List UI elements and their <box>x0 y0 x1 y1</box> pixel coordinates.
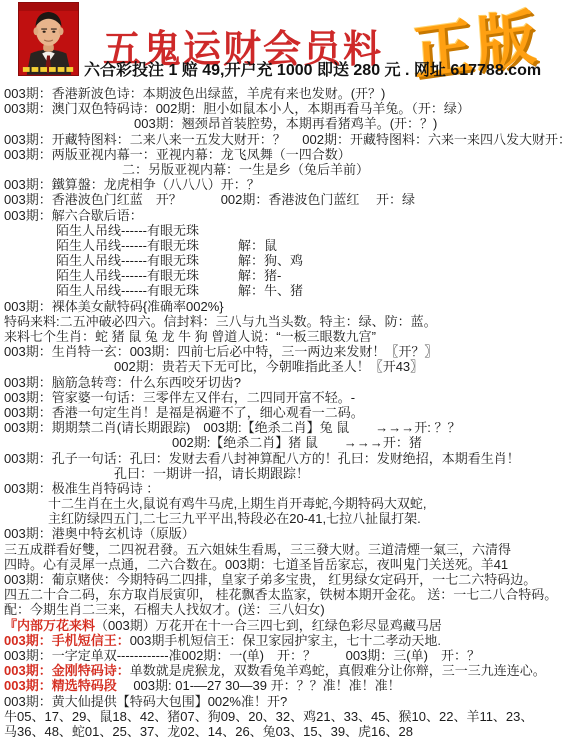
content-line: 来料七个生肖：蛇 猪 鼠 兔 龙 牛 狗 曾道人说：“一板三眼数九宫” <box>4 329 581 344</box>
content-line: 003期：极准生肖特码诗 ： <box>4 481 581 496</box>
content-line: 003期：开藏特图料：二来八来一五发大财开：？ 002期：开藏特图料：六来一来四… <box>4 132 581 147</box>
body-text: 003期：葡京赌侠：今期特码二四排，皇家子弟多宝贵， 红男绿女定码开，一七二六特… <box>4 572 536 587</box>
portrait-photo <box>18 2 79 76</box>
content-line: 003期：手机短信王：003期手机短信王：保卫家园护家主，七十二孝动天地. <box>4 633 581 648</box>
body-text: 陌生人吊线------有眼无珠 解：猪- <box>56 268 281 283</box>
content-line: 003期：金刚特码诗：单数就是虎猴龙，双数看兔羊鸡蛇，真假难分让你辩，三一三九连… <box>4 663 581 678</box>
body-text: 003期：香港一句定生肖！是福是祸避不了，细心观看一二码。 <box>4 405 364 420</box>
body-text: 马36、48、蛇01、25、37、龙02、14、26、兔03、15、39、虎16… <box>4 724 413 739</box>
content-line: 陌生人吊线------有眼无珠 解：牛、猪 <box>4 283 581 298</box>
content-line: 四時。心有灵犀一点通，二六合数在。003期：七道圣旨岳家忘，夜叫鬼门关送死。羊4… <box>4 557 581 572</box>
flyer-page: { "header": { "title": "五鬼运财会员料", "stamp… <box>0 0 581 744</box>
highlight-text: 『内部万花来料 <box>4 618 95 633</box>
content-line: 『内部万花来料（003期）万花开在十一合三四七到，红绿色彩尽显鸡藏马居 <box>4 618 581 633</box>
body-text: 牛05、17、29、鼠18、42、猪07、狗09、20、32、鸡21、33、45… <box>4 709 533 724</box>
body-text: 三五成群看好雙，二四祝君發。五六姐妹生看馬，三三發大财。三道清煙一氣三，六清得 <box>4 542 511 557</box>
highlight-text: 003期：精选特码段 <box>4 678 117 693</box>
body-text: 四時。心有灵犀一点通，二六合数在。003期：七道圣旨岳家忘，夜叫鬼门关送死。羊4… <box>4 557 508 572</box>
content-line: 四五二十合二码，东方取肖辰寅卯， 桂花飘香太监家，铁树本期开金花。 送：一七二八… <box>4 587 581 602</box>
content-line: 003期：澳门双色特码诗：002期：胆小如鼠本小人，本期再看马羊兔。（开：绿） <box>4 101 581 116</box>
body-text: 二：另版亚视内幕：一生是乡（兔后羊前） <box>122 162 369 177</box>
body-text: 003期：开藏特图料：二来八来一五发大财开：？ 002期：开藏特图料：六来一来四… <box>4 132 571 147</box>
body-text: 003期手机短信王：保卫家园护家主，七十二孝动天地. <box>130 633 441 648</box>
content-line: 陌生人吊线------有眼无珠 解：鼠 <box>4 238 581 253</box>
body-text: 003期：一字定单双------------准002期：一(单) 开：？ 003… <box>4 648 480 663</box>
content-line: 003期：解六合歇后语： <box>4 208 581 223</box>
content-line: 003期：港奥中特玄机诗（原版） <box>4 526 581 541</box>
body-text: 003期：两版亚视内幕一：亚视内幕：龙飞凤舞（一四合数） <box>4 147 351 162</box>
body-text: 003期：极准生肖特码诗 ： <box>4 481 159 496</box>
content-line: 003期：裸体美女献特码{准确率002%} <box>4 299 581 314</box>
content-line: 002期:【绝杀二肖】猪 鼠 →→→开：猪 <box>4 435 581 450</box>
content-line: 配：今期生肖二三来，石榴夫人找奴才。(送：三八妇女) <box>4 602 581 617</box>
content-line: 二：另版亚视内幕：一生是乡（兔后羊前） <box>4 162 581 177</box>
body-text: 003期：鐵算盤：龙虎相争（八八八）开：？ <box>4 177 260 192</box>
content-line: 三五成群看好雙，二四祝君發。五六姐妹生看馬，三三發大财。三道清煙一氣三，六清得 <box>4 542 581 557</box>
content-line: 003期：孔子一句话：孔曰：发财去看八封神算配八方的！孔曰：发财绝招，本期看生肖… <box>4 451 581 466</box>
body-text: 陌生人吊线------有眼无珠 解：牛、猪 <box>56 283 303 298</box>
body-text: 陌生人吊线------有眼无珠 解：狗、鸡 <box>56 253 303 268</box>
body-text: 十二生肖在土火,鼠说有鸡牛马虎,上期生肖开毒蛇,今期特码大双蛇, <box>48 496 426 511</box>
content-line: 牛05、17、29、鼠18、42、猪07、狗09、20、32、鸡21、33、45… <box>4 709 581 724</box>
body-text: 003期：生肖特一玄：003期：四前七后必中特，三一两边来发财！〖开？〗 <box>4 344 437 359</box>
content-line: 003期：管家婆一句话：三零伴左又伴右，二四同开富不轻。- <box>4 390 581 405</box>
body-text: 003期：香港新波色诗：本期波色出绿蓝，羊虎有来也发财。(开？) <box>4 86 385 101</box>
content-line: 003期：葡京赌侠：今期特码二四排，皇家子弟多宝贵， 红男绿女定码开，一七二六特… <box>4 572 581 587</box>
content-line: 003期：香港波色门红蓝 开？ 002期：香港波色门蓝红 开：绿 <box>4 192 581 207</box>
content-line: 陌生人吊线------有眼无珠 解：猪- <box>4 268 581 283</box>
body-text: 003期：黄大仙提供【特码大包围】002%准！开? <box>4 694 287 709</box>
highlight-text: 003期：手机短信王： <box>4 633 130 648</box>
content-line: 陌生人吊线------有眼无珠 <box>4 223 581 238</box>
body-text: 003期：管家婆一句话：三零伴左又伴右，二四同开富不轻。- <box>4 390 355 405</box>
body-text: 配：今期生肖二三来，石榴夫人找奴才。(送：三八妇女) <box>4 602 325 617</box>
body-text: 003期：香港波色门红蓝 开？ 002期：香港波色门蓝红 开：绿 <box>4 192 415 207</box>
body-text: 陌生人吊线------有眼无珠 <box>56 223 199 238</box>
body-text: 主红防绿四五门,二七三九平平出,特段必在20-41,七拉八扯鼠打架. <box>48 511 421 526</box>
body-text: 003期：澳门双色特码诗：002期：胆小如鼠本小人，本期再看马羊兔。（开：绿） <box>4 101 470 116</box>
content-line: 马36、48、蛇01、25、37、龙02、14、26、兔03、15、39、虎16… <box>4 724 581 739</box>
body-text: 003期：解六合歇后语： <box>4 208 143 223</box>
content-line: 003期：精选特码段 003期: 01-—27 30—39 开：？？准！准！准！ <box>4 678 581 693</box>
content-line: 003期：鐵算盤：龙虎相争（八八八）开：？ <box>4 177 581 192</box>
body-text: 003期：港奥中特玄机诗（原版） <box>4 526 195 541</box>
highlight-text: 003期：金刚特码诗： <box>4 663 130 678</box>
content-line: 003期：两版亚视内幕一：亚视内幕：龙飞凤舞（一四合数） <box>4 147 581 162</box>
body-text: 陌生人吊线------有眼无珠 解：鼠 <box>56 238 277 253</box>
body-text: 003期：孔子一句话：孔曰：发财去看八封神算配八方的！孔曰：发财绝招，本期看生肖… <box>4 451 520 466</box>
content-line: 十二生肖在土火,鼠说有鸡牛马虎,上期生肖开毒蛇,今期特码大双蛇, <box>4 496 581 511</box>
body-text: 002期:【绝杀二肖】猪 鼠 →→→开：猪 <box>172 435 422 450</box>
content-lines: 003期：香港新波色诗：本期波色出绿蓝，羊虎有来也发财。(开？)003期：澳门双… <box>4 86 581 739</box>
body-text: （003期）万花开在十一合三四七到，红绿色彩尽显鸡藏马居 <box>95 618 442 633</box>
content-line: 003期：脑筋急转弯：什么东西咬牙切齿? <box>4 375 581 390</box>
content-line: 特码来料:二五冲破必四六。信封料：三八与九当头数。特主：绿、防：蓝。 <box>4 314 581 329</box>
content-line: 003期：香港一句定生肖！是福是祸避不了，细心观看一二码。 <box>4 405 581 420</box>
body-text: 003期：脑筋急转弯：什么东西咬牙切齿? <box>4 375 241 390</box>
body-text: 003期：期期禁二肖(请长期跟踪) 003期:【绝杀二肖】兔 鼠 →→→开: ？… <box>4 420 461 435</box>
content-line: 003期：黄大仙提供【特码大包围】002%准！开? <box>4 694 581 709</box>
content-line: 003期：香港新波色诗：本期波色出绿蓝，羊虎有来也发财。(开？) <box>4 86 581 101</box>
body-text: 孔曰：一期讲一招，请长期跟踪！ <box>114 466 309 481</box>
content-line: 002期：贵若天下无可比，今朝唯指此圣人！〖开43〗 <box>4 359 581 374</box>
content-line: 003期：一字定单双------------准002期：一(单) 开：？ 003… <box>4 648 581 663</box>
body-text: 特码来料:二五冲破必四六。信封料：三八与九当头数。特主：绿、防：蓝。 <box>4 314 437 329</box>
betting-ad-line: 六合彩投注 1 赔 49,开户充 1000 即送 280 元 . 网址 6177… <box>84 57 579 80</box>
flyer: 五鬼运财会员料 正版 六合彩投注 1 赔 49,开户充 1000 即送 280 … <box>0 0 581 744</box>
content-line: 003期：期期禁二肖(请长期跟踪) 003期:【绝杀二肖】兔 鼠 →→→开: ？… <box>4 420 581 435</box>
content-line: 003期：生肖特一玄：003期：四前七后必中特，三一两边来发财！〖开？〗 <box>4 344 581 359</box>
body-text: 003期：裸体美女献特码{准确率002%} <box>4 299 224 314</box>
portrait-illustration <box>19 3 78 75</box>
content-line: 003期：翘颈昂首装腔势，本期再看猪鸡羊。(开：？) <box>4 116 581 131</box>
body-text: 来料七个生肖：蛇 猪 鼠 兔 龙 牛 狗 曾道人说：“一板三眼数九宫” <box>4 329 376 344</box>
content-line: 陌生人吊线------有眼无珠 解：狗、鸡 <box>4 253 581 268</box>
body-text: 四五二十合二码，东方取肖辰寅卯， 桂花飘香太监家，铁树本期开金花。 送：一七二八… <box>4 587 557 602</box>
body-text: 003期：翘颈昂首装腔势，本期再看猪鸡羊。(开：？) <box>134 116 437 131</box>
body-text: 002期：贵若天下无可比，今朝唯指此圣人！〖开43〗 <box>114 359 423 374</box>
content-line: 孔曰：一期讲一招，请长期跟踪！ <box>4 466 581 481</box>
body-text: 单数就是虎猴龙，双数看兔羊鸡蛇，真假难分让你辩，三一三九连连心。 <box>130 663 546 678</box>
body-text: 003期: 01-—27 30—39 开：？？准！准！准！ <box>117 678 401 693</box>
content-line: 主红防绿四五门,二七三九平平出,特段必在20-41,七拉八扯鼠打架. <box>4 511 581 526</box>
